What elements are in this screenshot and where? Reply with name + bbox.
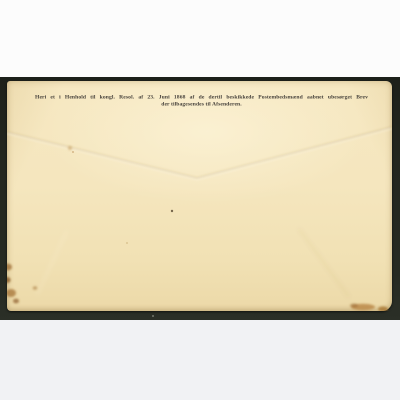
stain-smudge-bottom-right [350,304,388,312]
dust-speck [152,315,154,317]
page-margin-top [0,0,400,77]
printed-caption-line-1: Heri et i Henhold til kongl. Resol. af 2… [35,94,368,100]
printed-caption: Heri et i Henhold til kongl. Resol. af 2… [35,94,368,118]
printed-caption-line-2: der tilbagesendes til Afsenderen. [35,101,368,107]
envelope: Heri et i Henhold til kongl. Resol. af 2… [7,81,392,311]
flap-crease-lines [7,127,392,297]
envelope-photograph: Heri et i Henhold til kongl. Resol. af 2… [0,77,400,320]
page: Heri et i Henhold til kongl. Resol. af 2… [0,0,400,400]
stain-spots-left [7,264,37,304]
page-margin-bottom [0,320,400,400]
